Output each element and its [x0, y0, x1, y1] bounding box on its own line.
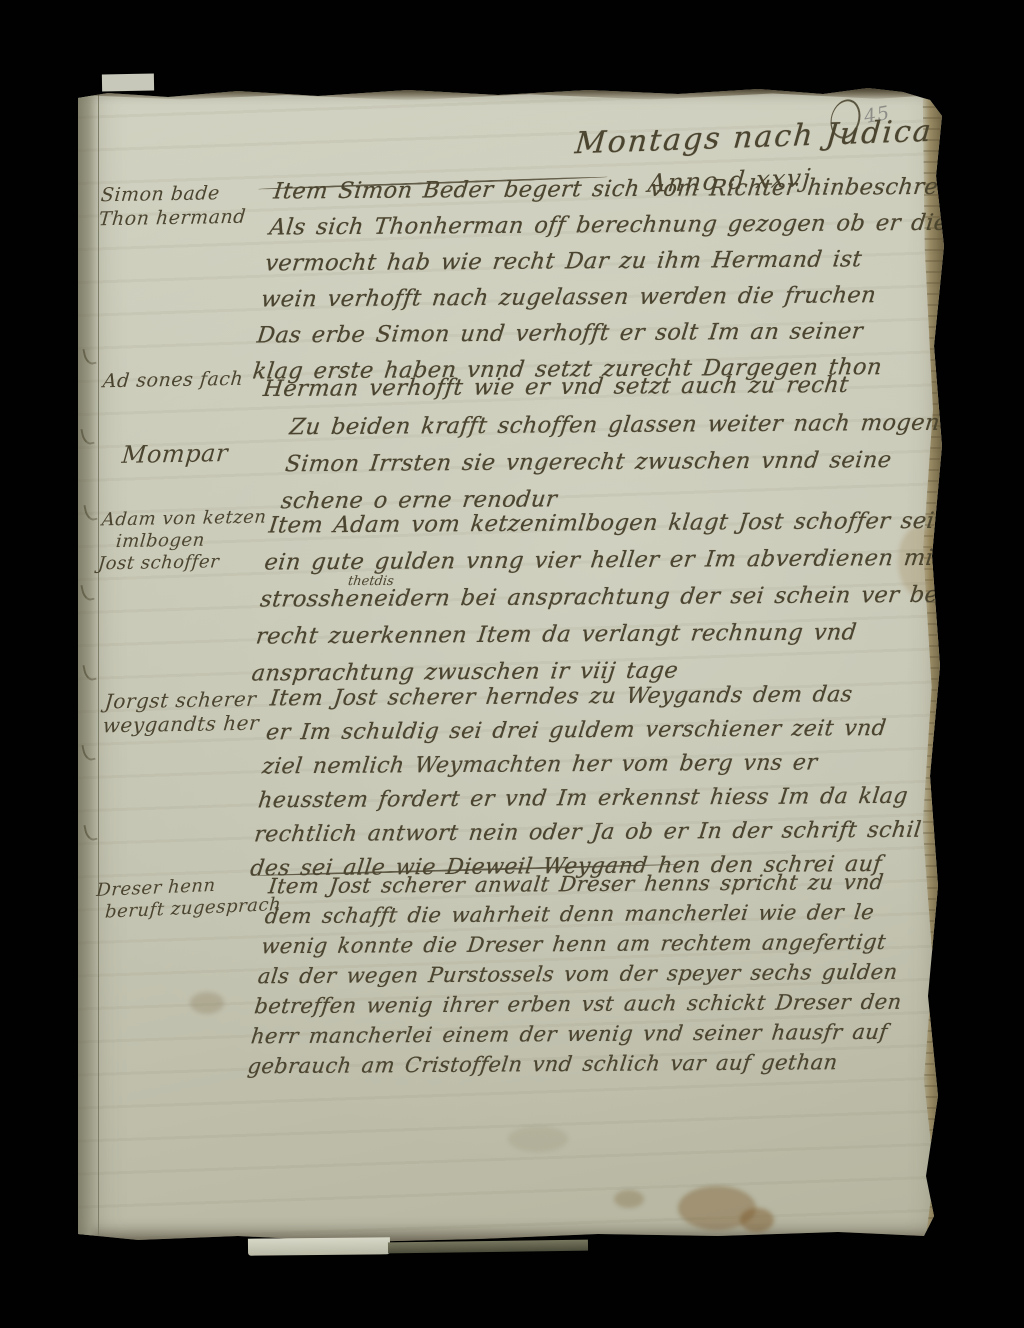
- previous-page-edge: [78, 86, 99, 1242]
- interlinear-insertion: thetdis: [347, 574, 395, 589]
- underlying-page-sliver: [248, 1237, 390, 1255]
- edge-ink-mark: [82, 663, 96, 682]
- body-line: gebrauch am Cristoffeln vnd schlich var …: [246, 1050, 896, 1085]
- body-line: wein verhofft nach zugelassen werden die…: [259, 282, 946, 323]
- body-line: ziel nemlich Weymachten her vom berg vns…: [260, 750, 931, 789]
- body-line: betreffen wenig ihrer erben vst auch sch…: [253, 990, 903, 1025]
- margin-note: Ad sones fach: [102, 367, 244, 393]
- margin-note-line: Adam von ketzen: [101, 507, 268, 532]
- underlying-page-sliver: [388, 1240, 588, 1254]
- body-line: wenig konnte die Dreser henn am rechtem …: [259, 930, 909, 965]
- margin-note-line: Thon hermand: [98, 205, 247, 232]
- body-line: rechtlich antwort nein oder Ja ob er In …: [252, 818, 923, 857]
- margin-note: Dreser henn beruft zugesprach: [94, 872, 283, 924]
- margin-note: Mompar: [121, 441, 229, 467]
- torn-top-edge: [78, 86, 946, 101]
- margin-note-line: Mompar: [121, 441, 229, 467]
- margin-note-line: Simon bade: [100, 181, 249, 208]
- margin-note-line: weygandts her: [102, 711, 260, 738]
- body-line: als der wegen Purstossels vom der speyer…: [256, 960, 906, 995]
- heading-date: Montags nach Judica: [574, 114, 935, 162]
- body-line: er Im schuldig sei drei guldem verschien…: [264, 716, 935, 755]
- margin-note-line: imlbogen: [99, 529, 266, 554]
- margin-note-line: Ad sones fach: [102, 367, 244, 393]
- entry-body: Item Jost scherer anwalt Dreser henns sp…: [246, 870, 917, 1085]
- edge-ink-mark: [82, 347, 96, 366]
- paper-stain: [614, 1190, 644, 1208]
- margin-note-line: Jost schoffer: [97, 551, 264, 576]
- margin-note: Simon bade Thon hermand: [98, 181, 249, 232]
- edge-ink-mark: [81, 743, 95, 762]
- paper-stain: [740, 1208, 774, 1232]
- body-line: herr mancherlei einem der wenig vnd sein…: [249, 1020, 899, 1055]
- margin-note: Adam von ketzen imlbogen Jost schoffer: [97, 507, 267, 576]
- paper-stain: [508, 1126, 568, 1152]
- manuscript-page: 45 Montags nach Judica Anno d xxvj Simon…: [78, 86, 946, 1242]
- body-line: Item Jost scherer herndes zu Weygands de…: [268, 682, 939, 721]
- entry-body: Item Jost scherer herndes zu Weygands de…: [248, 682, 939, 891]
- margin-note: Jorgst scherer weygandts her: [102, 687, 263, 738]
- body-line: heusstem fordert er vnd Im erkennst hies…: [256, 784, 927, 823]
- page-tab: [102, 74, 154, 92]
- edge-ink-mark: [80, 583, 94, 602]
- body-line: Als sich Thonherman off berechnung gezog…: [267, 210, 946, 251]
- entry-body: Item Adam vom ketzenimlbogen klagt Jost …: [249, 507, 946, 697]
- body-line: Item Simon Beder begert sich vom Richter…: [271, 174, 946, 215]
- edge-ink-mark: [80, 427, 94, 446]
- edge-ink-mark: [83, 823, 97, 842]
- entry-body: Item Simon Beder begert sich vom Richter…: [250, 174, 946, 395]
- edge-ink-mark: [83, 503, 97, 522]
- entry-body: Herman verhofft wie er vnd setzt auch zu…: [261, 372, 851, 412]
- body-line: Simon Irrsten sie vngerecht zwuschen vnn…: [283, 447, 938, 489]
- body-line: Herman verhofft wie er vnd setzt auch zu…: [261, 372, 851, 412]
- body-line: Item Jost scherer anwalt Dreser henns sp…: [266, 870, 916, 905]
- margin-note-line: Jorgst scherer: [104, 687, 262, 714]
- body-line: dem schafft die wahrheit denn mancherlei…: [263, 900, 913, 935]
- body-line: Zu beiden krafft schoffen glassen weiter…: [287, 410, 942, 452]
- body-line: Das erbe Simon und verhofft er solt Im a…: [254, 318, 946, 359]
- body-line: Item Adam vom ketzenimlbogen klagt Jost …: [266, 507, 946, 549]
- body-line: vermocht hab wie recht Dar zu ihm Herman…: [263, 246, 946, 287]
- body-line: recht zuerkennen Item da verlangt rechnu…: [253, 618, 946, 660]
- paper-stain: [190, 992, 224, 1014]
